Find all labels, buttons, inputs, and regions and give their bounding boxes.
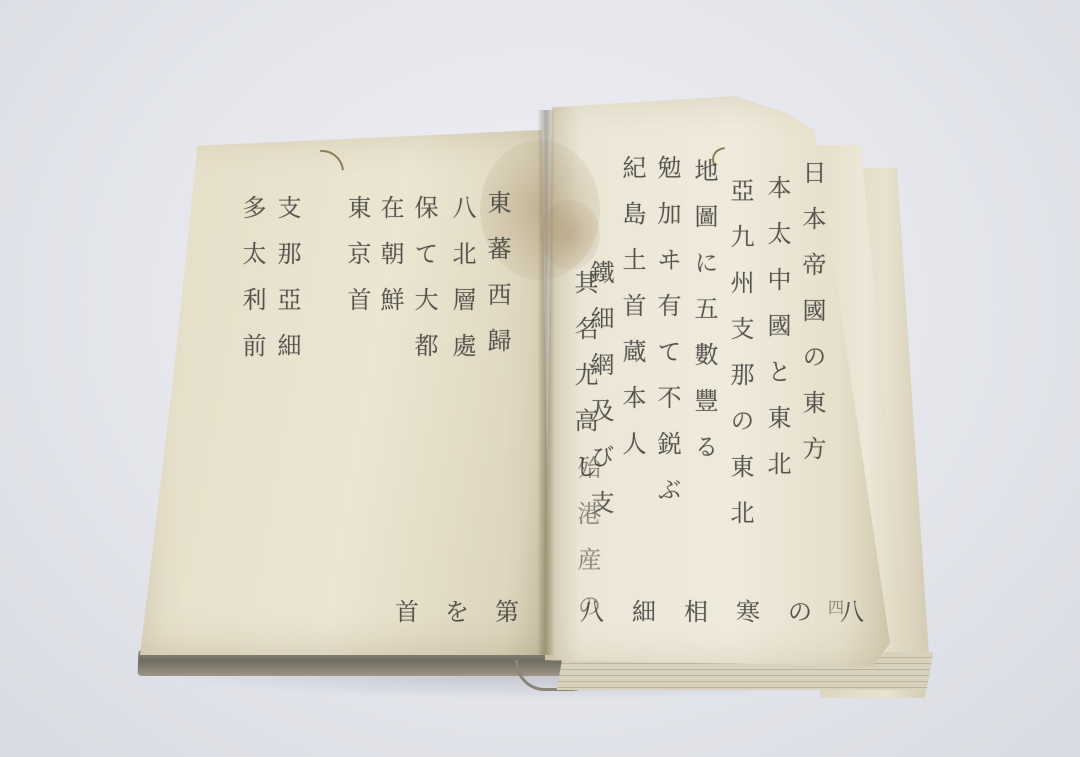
text-row: 首を第 — [395, 600, 545, 624]
text-column: 東京首 — [345, 195, 369, 333]
page-number: 四 — [828, 600, 866, 616]
text-column: 保て大都 — [412, 195, 436, 379]
text-column: 亞九州支那の東北 — [728, 178, 752, 546]
text-column: 八北層處 — [450, 195, 474, 379]
text-column: 在朝鮮 — [378, 195, 402, 333]
text-column: 紀島土首蔵本人 — [620, 155, 644, 477]
photo-scene: 日本帝國の東方 本太中國と東北 亞九州支那の東北 地圖に五數豐る 勉加ヰ有て不鋭… — [0, 0, 1080, 757]
text-column: 日本帝國の東方 — [800, 160, 824, 482]
text-column: 多太利前 — [240, 195, 264, 379]
text-column: 勉加ヰ有て不鋭ぶ — [655, 155, 679, 523]
text-column: 東蕃西歸 — [485, 190, 509, 374]
text-column: 本太中國と東北 — [765, 175, 789, 497]
text-column: 地圖に五數豐る — [692, 158, 716, 480]
text-column: 支那亞細 — [275, 195, 299, 379]
